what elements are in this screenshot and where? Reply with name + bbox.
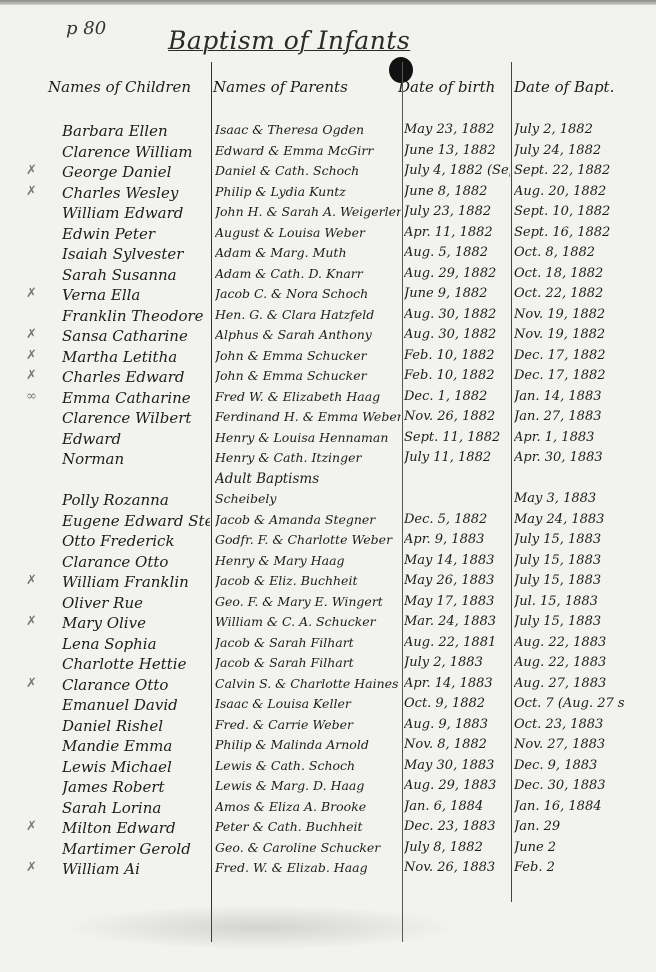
margin-mark: ✗ [26, 348, 46, 363]
child-name: Barbara Ellen [62, 122, 210, 140]
baptism-date: Aug. 27, 1883 [514, 676, 624, 691]
child-name: Eugene Edward Stegner [62, 512, 210, 530]
table-row: Edwin Peter August & Louisa Weber Apr. 1… [0, 223, 656, 244]
baptism-date: Feb. 2 [514, 860, 624, 875]
table-row: ✗ Verna Ella Jacob C. & Nora Schoch June… [0, 284, 656, 305]
baptism-date: Apr. 1, 1883 [514, 430, 624, 445]
baptism-date: Nov. 19, 1882 [514, 307, 624, 322]
child-name: Otto Frederick [62, 532, 210, 550]
table-row: Isaiah Sylvester Adam & Marg. Muth Aug. … [0, 243, 656, 264]
parents-names: Adam & Marg. Muth [215, 245, 401, 260]
birth-date: Dec. 23, 1883 [404, 819, 510, 834]
child-name: Lena Sophia [62, 635, 210, 653]
table-row: Norman Henry & Cath. Itzinger July 11, 1… [0, 448, 656, 469]
child-name: Clarance Otto [62, 553, 210, 571]
child-name: Daniel Rishel [62, 717, 210, 735]
margin-mark: ✗ [26, 184, 46, 199]
page-title: Baptism of Infants [168, 26, 468, 55]
parents-names: Henry & Cath. Itzinger [215, 450, 401, 465]
table-row: ✗ William Franklin Jacob & Eliz. Buchhei… [0, 571, 656, 592]
margin-mark: ✗ [26, 327, 46, 342]
parents-names: Geo. F. & Mary E. Wingert [215, 594, 401, 609]
scan-smudge [60, 905, 460, 950]
table-row: James Robert Lewis & Marg. D. Haag Aug. … [0, 776, 656, 797]
baptism-date: Dec. 17, 1882 [514, 348, 624, 363]
baptism-date: Jan. 27, 1883 [514, 409, 624, 424]
table-row: ✗ Milton Edward Peter & Cath. Buchheit D… [0, 817, 656, 838]
parents-names: Henry & Louisa Hennaman [215, 430, 401, 445]
margin-mark: ✗ [26, 860, 46, 875]
baptism-date: Oct. 7 (Aug. 27 struck), 1883 [514, 696, 624, 711]
child-name: Martha Letitha [62, 348, 210, 366]
birth-date: Aug. 22, 1881 [404, 635, 510, 650]
child-name: Clarance Otto [62, 676, 210, 694]
child-name: Edwin Peter [62, 225, 210, 243]
child-name: Clarence William [62, 143, 210, 161]
baptism-date: Jan. 29 [514, 819, 624, 834]
parents-names: William & C. A. Schucker [215, 614, 401, 629]
child-name: Polly Rozanna [62, 491, 210, 509]
birth-date: July 11, 1882 [404, 450, 510, 465]
margin-mark: ✗ [26, 819, 46, 834]
child-name: Sansa Catharine [62, 327, 210, 345]
child-name: Charles Wesley [62, 184, 210, 202]
header-children: Names of Children [48, 78, 191, 96]
parents-names: Fred. & Carrie Weber [215, 717, 401, 732]
parents-names: Ferdinand H. & Emma Weber [215, 409, 401, 424]
parents-names: Jacob & Sarah Filhart [215, 635, 401, 650]
baptism-date: July 24, 1882 [514, 143, 624, 158]
margin-mark: ✗ [26, 163, 46, 178]
parents-names: Philip & Lydia Kuntz [215, 184, 401, 199]
baptism-date: Oct. 18, 1882 [514, 266, 624, 281]
birth-date: July 4, 1882 (Sept. 29 struck) [404, 163, 510, 178]
baptism-date: Oct. 8, 1882 [514, 245, 624, 260]
table-row: Emanuel David Isaac & Louisa Keller Oct.… [0, 694, 656, 715]
parents-names: Hen. G. & Clara Hatzfeld [215, 307, 401, 322]
birth-date: Apr. 14, 1883 [404, 676, 510, 691]
child-name: Martimer Gerold [62, 840, 210, 858]
parents-names: Henry & Mary Haag [215, 553, 401, 568]
parents-names: Edward & Emma McGirr [215, 143, 401, 158]
table-row: Martimer Gerold Geo. & Caroline Schucker… [0, 838, 656, 859]
child-name: Sarah Lorina [62, 799, 210, 817]
child-name: Verna Ella [62, 286, 210, 304]
child-name: William Franklin [62, 573, 210, 591]
table-row: Daniel Rishel Fred. & Carrie Weber Aug. … [0, 715, 656, 736]
birth-date: Nov. 26, 1883 [404, 860, 510, 875]
child-name: Mary Olive [62, 614, 210, 632]
child-name: Clarence Wilbert [62, 409, 210, 427]
baptism-date: Sept. 16, 1882 [514, 225, 624, 240]
header-baptism: Date of Bapt. [514, 78, 614, 96]
margin-mark: ✗ [26, 368, 46, 383]
parents-names: Scheibely [215, 491, 401, 506]
parents-names: Lewis & Cath. Schoch [215, 758, 401, 773]
birth-date: July 23, 1882 [404, 204, 510, 219]
birth-date: Nov. 8, 1882 [404, 737, 510, 752]
baptism-date: Oct. 23, 1883 [514, 717, 624, 732]
table-row: ∞ Emma Catharine Fred W. & Elizabeth Haa… [0, 387, 656, 408]
birth-date: June 9, 1882 [404, 286, 510, 301]
baptism-date: Aug. 22, 1883 [514, 635, 624, 650]
birth-date: Aug. 5, 1882 [404, 245, 510, 260]
child-name: Norman [62, 450, 210, 468]
margin-mark: ✗ [26, 573, 46, 588]
baptism-date: Aug. 22, 1883 [514, 655, 624, 670]
baptism-date: May 24, 1883 [514, 512, 624, 527]
baptism-date: Dec. 9, 1883 [514, 758, 624, 773]
birth-date: June 8, 1882 [404, 184, 510, 199]
child-name: Edward [62, 430, 210, 448]
table-row: ✗ Charles Wesley Philip & Lydia Kuntz Ju… [0, 182, 656, 203]
birth-date: Apr. 9, 1883 [404, 532, 510, 547]
parents-names: Isaac & Louisa Keller [215, 696, 401, 711]
birth-date: Feb. 10, 1882 [404, 368, 510, 383]
birth-date: May 26, 1883 [404, 573, 510, 588]
parents-names: Jacob C. & Nora Schoch [215, 286, 401, 301]
table-row: Clarence William Edward & Emma McGirr Ju… [0, 141, 656, 162]
parents-names: John H. & Sarah A. Weigerler [215, 204, 401, 219]
table-row: Polly Rozanna Scheibely May 3, 1883 [0, 489, 656, 510]
baptism-date: Nov. 27, 1883 [514, 737, 624, 752]
baptism-date: July 2, 1882 [514, 122, 624, 137]
child-name: Charlotte Hettie [62, 655, 210, 673]
header-parents: Names of Parents [213, 78, 348, 96]
parents-names: Adult Baptisms [215, 471, 401, 487]
baptism-date: Sept. 22, 1882 [514, 163, 624, 178]
parents-names: Philip & Malinda Arnold [215, 737, 401, 752]
table-row: Sarah Lorina Amos & Eliza A. Brooke Jan.… [0, 797, 656, 818]
birth-date: Sept. 11, 1882 [404, 430, 510, 445]
table-row: ✗ Mary Olive William & C. A. Schucker Ma… [0, 612, 656, 633]
table-row: Mandie Emma Philip & Malinda Arnold Nov.… [0, 735, 656, 756]
birth-date: Aug. 30, 1882 [404, 307, 510, 322]
table-row: Charlotte Hettie Jacob & Sarah Filhart J… [0, 653, 656, 674]
baptism-date: July 15, 1883 [514, 614, 624, 629]
baptism-date: Oct. 22, 1882 [514, 286, 624, 301]
birth-date: June 13, 1882 [404, 143, 510, 158]
child-name: William Ai [62, 860, 210, 878]
table-row: ✗ Clarance Otto Calvin S. & Charlotte Ha… [0, 674, 656, 695]
baptism-date: Sept. 10, 1882 [514, 204, 624, 219]
table-row: Eugene Edward Stegner Jacob & Amanda Ste… [0, 510, 656, 531]
birth-date: Mar. 24, 1883 [404, 614, 510, 629]
table-row: Barbara Ellen Isaac & Theresa Ogden May … [0, 120, 656, 141]
margin-mark: ✗ [26, 614, 46, 629]
baptism-date: July 15, 1883 [514, 573, 624, 588]
table-row: Otto Frederick Godfr. F. & Charlotte Web… [0, 530, 656, 551]
child-name: Emma Catharine [62, 389, 210, 407]
table-row: Clarance Otto Henry & Mary Haag May 14, … [0, 551, 656, 572]
child-name: Emanuel David [62, 696, 210, 714]
parents-names: Jacob & Amanda Stegner [215, 512, 401, 527]
baptism-date: Nov. 19, 1882 [514, 327, 624, 342]
birth-date: May 17, 1883 [404, 594, 510, 609]
birth-date: Aug. 30, 1882 [404, 327, 510, 342]
child-name: Franklin Theodore [62, 307, 210, 325]
baptism-date: June 2 [514, 840, 624, 855]
table-row: Lena Sophia Jacob & Sarah Filhart Aug. 2… [0, 633, 656, 654]
birth-date: Oct. 9, 1882 [404, 696, 510, 711]
table-row: ✗ William Ai Fred. W. & Elizab. Haag Nov… [0, 858, 656, 879]
birth-date: May 30, 1883 [404, 758, 510, 773]
table-row: Clarence Wilbert Ferdinand H. & Emma Web… [0, 407, 656, 428]
table-row: Sarah Susanna Adam & Cath. D. Knarr Aug.… [0, 264, 656, 285]
birth-date: May 14, 1883 [404, 553, 510, 568]
register-entries: Barbara Ellen Isaac & Theresa Ogden May … [0, 120, 656, 879]
baptism-date: Jan. 14, 1883 [514, 389, 624, 404]
table-row: Franklin Theodore Hen. G. & Clara Hatzfe… [0, 305, 656, 326]
child-name: Isaiah Sylvester [62, 245, 210, 263]
table-row: Lewis Michael Lewis & Cath. Schoch May 3… [0, 756, 656, 777]
birth-date: Jan. 6, 1884 [404, 799, 510, 814]
child-name: Sarah Susanna [62, 266, 210, 284]
table-row: ✗ George Daniel Daniel & Cath. Schoch Ju… [0, 161, 656, 182]
child-name: William Edward [62, 204, 210, 222]
birth-date: Aug. 29, 1882 [404, 266, 510, 281]
child-name: Lewis Michael [62, 758, 210, 776]
margin-mark: ✗ [26, 286, 46, 301]
table-row: William Edward John H. & Sarah A. Weiger… [0, 202, 656, 223]
column-headers: Names of Children Names of Parents Date … [0, 78, 656, 100]
baptism-date: Aug. 20, 1882 [514, 184, 624, 199]
birth-date: May 23, 1882 [404, 122, 510, 137]
child-name: George Daniel [62, 163, 210, 181]
baptism-date: Dec. 30, 1883 [514, 778, 624, 793]
baptism-date: July 15, 1883 [514, 532, 624, 547]
parents-names: Lewis & Marg. D. Haag [215, 778, 401, 793]
register-page: p 80 Baptism of Infants Names of Childre… [0, 0, 656, 972]
birth-date: Aug. 29, 1883 [404, 778, 510, 793]
birth-date: Nov. 26, 1882 [404, 409, 510, 424]
header-birth: Date of birth [398, 78, 495, 96]
parents-names: Daniel & Cath. Schoch [215, 163, 401, 178]
parents-names: Isaac & Theresa Ogden [215, 122, 401, 137]
table-row: ✗ Martha Letitha John & Emma Schucker Fe… [0, 346, 656, 367]
table-row: Edward Henry & Louisa Hennaman Sept. 11,… [0, 428, 656, 449]
baptism-date: July 15, 1883 [514, 553, 624, 568]
child-name: Oliver Rue [62, 594, 210, 612]
parents-names: August & Louisa Weber [215, 225, 401, 240]
birth-date: Dec. 1, 1882 [404, 389, 510, 404]
table-row: ✗ Charles Edward John & Emma Schucker Fe… [0, 366, 656, 387]
parents-names: John & Emma Schucker [215, 348, 401, 363]
parents-names: John & Emma Schucker [215, 368, 401, 383]
parents-names: Adam & Cath. D. Knarr [215, 266, 401, 281]
child-name: Milton Edward [62, 819, 210, 837]
parents-names: Fred W. & Elizabeth Haag [215, 389, 401, 404]
table-row: ✗ Sansa Catharine Alphus & Sarah Anthony… [0, 325, 656, 346]
baptism-date: May 3, 1883 [514, 491, 624, 506]
birth-date: July 2, 1883 [404, 655, 510, 670]
child-name: Charles Edward [62, 368, 210, 386]
parents-names: Jacob & Sarah Filhart [215, 655, 401, 670]
parents-names: Peter & Cath. Buchheit [215, 819, 401, 834]
child-name: Mandie Emma [62, 737, 210, 755]
baptism-date: Jul. 15, 1883 [514, 594, 624, 609]
margin-mark: ✗ [26, 676, 46, 691]
baptism-date: Dec. 17, 1882 [514, 368, 624, 383]
parents-names: Amos & Eliza A. Brooke [215, 799, 401, 814]
birth-date: July 8, 1882 [404, 840, 510, 855]
table-row: Oliver Rue Geo. F. & Mary E. Wingert May… [0, 592, 656, 613]
parents-names: Fred. W. & Elizab. Haag [215, 860, 401, 875]
parents-names: Geo. & Caroline Schucker [215, 840, 401, 855]
birth-date: Aug. 9, 1883 [404, 717, 510, 732]
parents-names: Calvin S. & Charlotte Haines [215, 676, 401, 691]
page-number: p 80 [66, 18, 106, 39]
parents-names: Alphus & Sarah Anthony [215, 327, 401, 342]
parents-names: Godfr. F. & Charlotte Weber [215, 532, 401, 547]
table-row: Adult Baptisms [0, 469, 656, 490]
birth-date: Dec. 5, 1882 [404, 512, 510, 527]
parents-names: Jacob & Eliz. Buchheit [215, 573, 401, 588]
baptism-date: Apr. 30, 1883 [514, 450, 624, 465]
baptism-date: Jan. 16, 1884 [514, 799, 624, 814]
margin-mark: ∞ [26, 389, 46, 404]
child-name: James Robert [62, 778, 210, 796]
birth-date: Apr. 11, 1882 [404, 225, 510, 240]
birth-date: Feb. 10, 1882 [404, 348, 510, 363]
